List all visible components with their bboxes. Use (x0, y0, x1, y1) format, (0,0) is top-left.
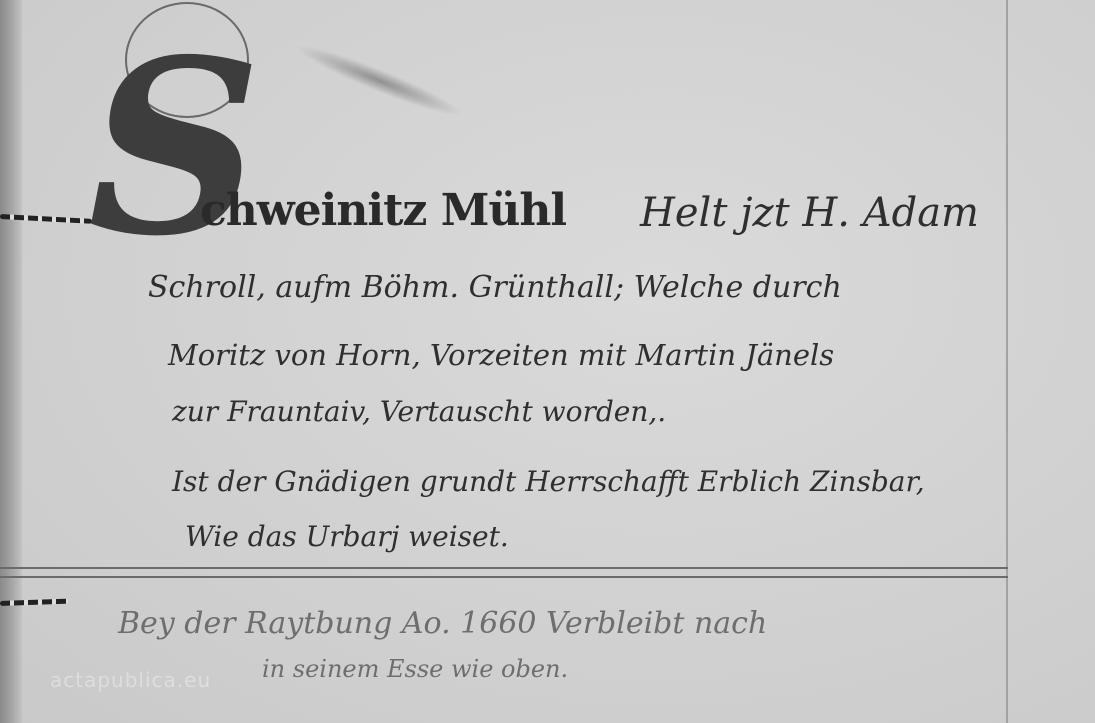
divider-rule-upper (0, 567, 1008, 569)
binding-thread-bottom (0, 599, 68, 606)
right-margin-line (1006, 0, 1008, 723)
manuscript-page: S chweinitz Mühl Helt jzt H. Adam Schrol… (0, 0, 1095, 723)
binding-gutter (0, 0, 22, 723)
later-note-line-1: Bey der Raytbung Ao. 1660 Verbleibt nach (118, 606, 767, 641)
entry-line-4: zur Frauntaiv, Vertauscht worden,. (172, 395, 666, 428)
divider-rule-lower (0, 576, 1008, 578)
entry-line-2: Schroll, aufm Böhm. Grünthall; Welche du… (148, 270, 842, 305)
entry-heading: chweinitz Mühl (200, 185, 566, 236)
entry-line-6: Wie das Urbarj weiset. (185, 520, 509, 553)
entry-line-1-rest: Helt jzt H. Adam (640, 190, 979, 236)
entry-line-3: Moritz von Horn, Vorzeiten mit Martin Jä… (168, 338, 834, 372)
watermark: actapublica.eu (50, 668, 211, 692)
ink-smear (292, 37, 467, 125)
entry-line-5: Ist der Gnädigen grundt Herrschafft Erbl… (172, 465, 925, 498)
later-note-line-2: in seinem Esse wie oben. (262, 655, 568, 683)
